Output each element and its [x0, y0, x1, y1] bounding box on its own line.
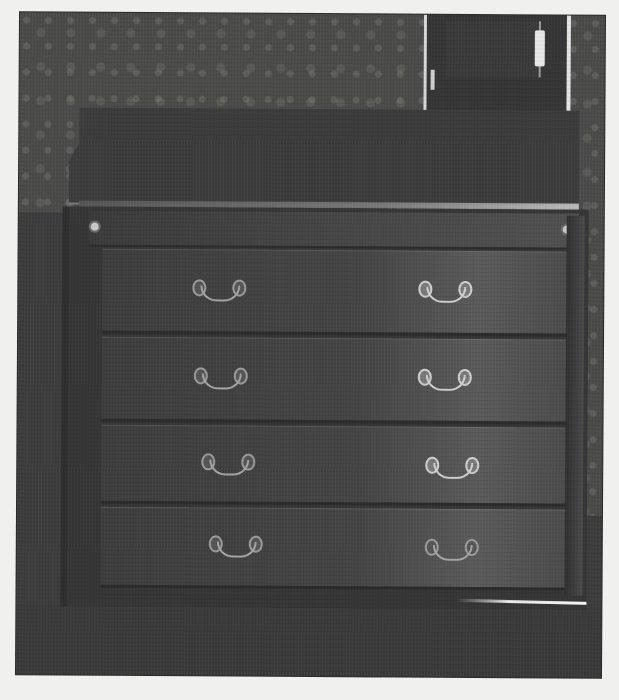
drawer-3	[101, 425, 571, 507]
drawer-2	[102, 337, 573, 425]
wallpaper-top	[19, 12, 430, 110]
door-panel	[447, 21, 541, 78]
drawer-handle-icon	[194, 367, 248, 391]
top-rail	[89, 211, 579, 250]
drawer-handle-icon	[192, 279, 246, 303]
floor	[16, 604, 601, 678]
desk-side-post	[564, 216, 584, 596]
lopers-knob-left	[91, 223, 99, 231]
drawer-handle-icon	[425, 457, 479, 481]
drawer-handle-icon	[201, 453, 255, 477]
drawer-handle-icon	[418, 281, 472, 305]
drawer-handle-icon	[209, 535, 263, 559]
drawer-handle-icon	[418, 369, 472, 393]
doorway	[423, 15, 571, 114]
desk-slant-lid	[69, 108, 580, 208]
door-latch	[535, 30, 545, 66]
drawer-1	[102, 249, 573, 337]
drawer-4	[101, 507, 571, 591]
drawer-handle-icon	[425, 539, 479, 563]
door-strip	[431, 70, 435, 90]
desk-case	[60, 206, 588, 609]
photograph	[16, 12, 605, 678]
